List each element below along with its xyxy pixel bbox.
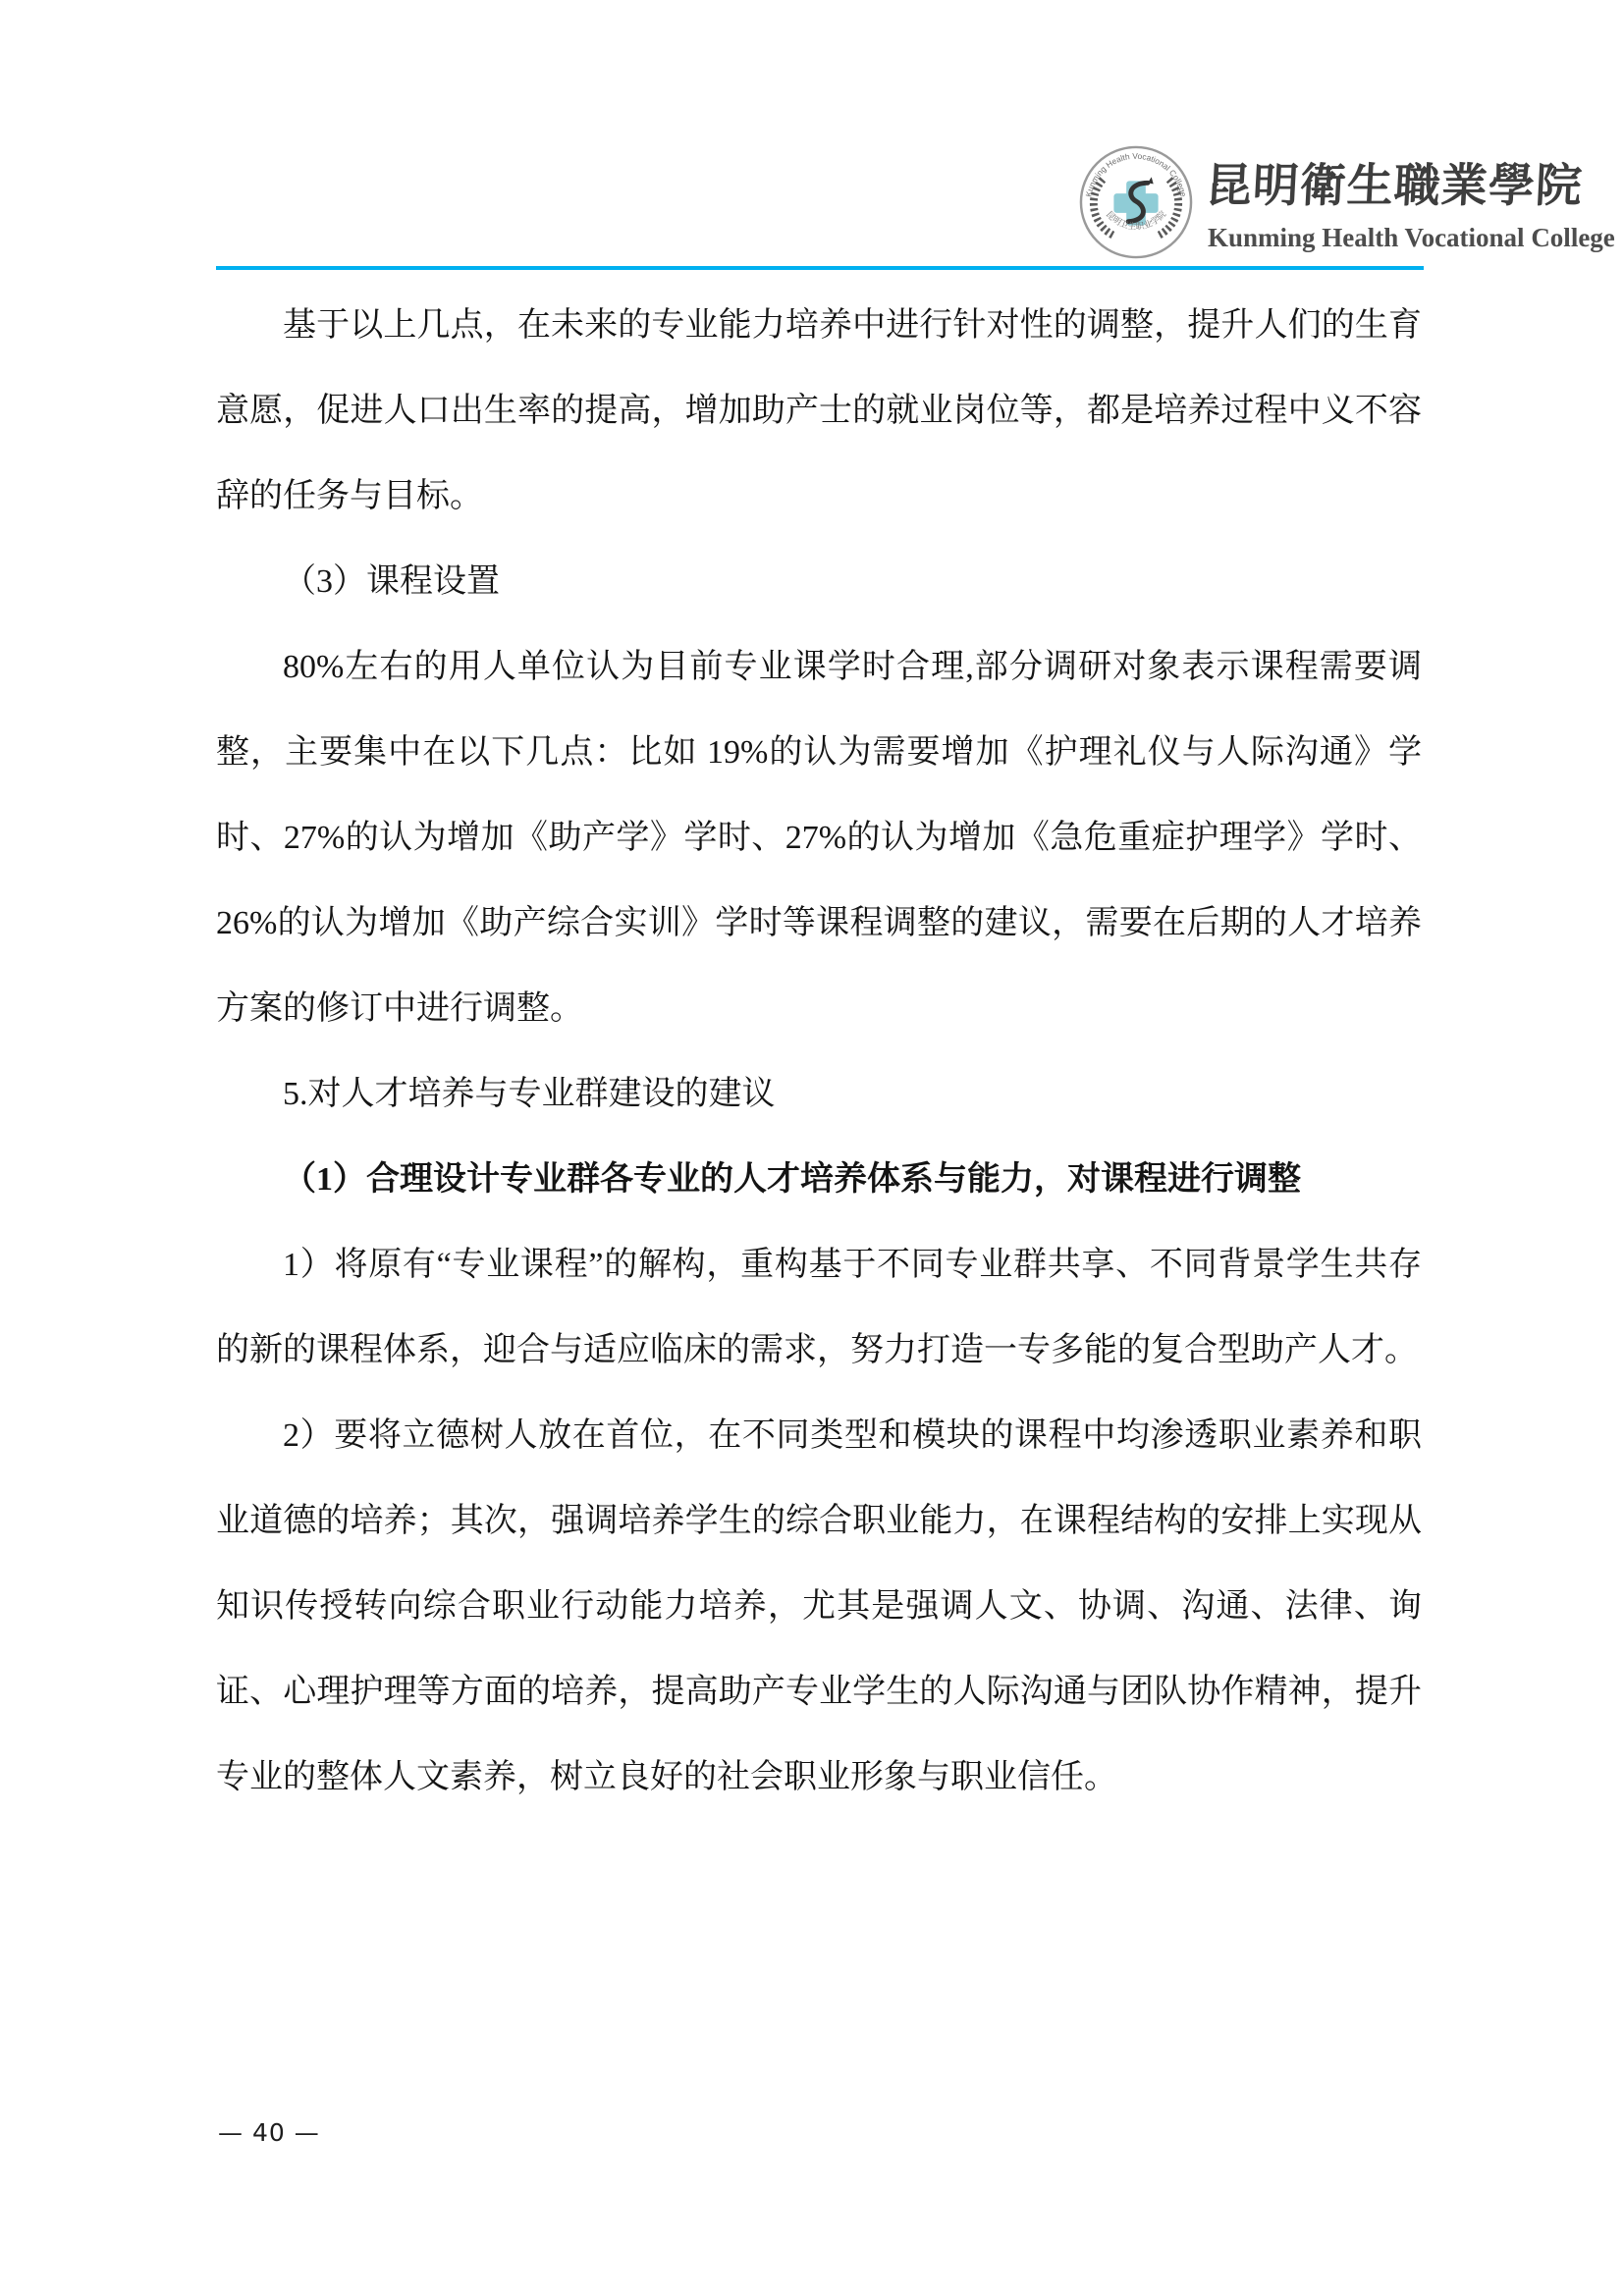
college-name-english: Kunming Health Vocational College: [1208, 223, 1615, 253]
section-heading-5: 5.对人才培养与专业群建设的建议: [216, 1051, 1422, 1137]
subsection-heading-bold: （1）合理设计专业群各专业的人才培养体系与能力，对课程进行调整: [216, 1137, 1422, 1222]
header-divider-rule: [216, 266, 1424, 270]
document-page: Kunming Health Vocational College 昆明卫生职业…: [0, 0, 1624, 2296]
body-paragraph-3: 80%左右的用人单位认为目前专业课学时合理,部分调研对象表示课程需要调整，主要集…: [216, 624, 1422, 1051]
body-paragraph-7: 2）要将立德树人放在首位，在不同类型和模块的课程中均渗透职业素养和职业道德的培养…: [216, 1393, 1422, 1820]
body-paragraph-1: 基于以上几点，在未来的专业能力培养中进行针对性的调整，提升人们的生育意愿，促进人…: [216, 283, 1422, 539]
college-name-calligraphy: 昆明衛生職業學院: [1204, 149, 1585, 215]
page-number: — 40 —: [218, 2118, 320, 2147]
college-seal-logo: Kunming Health Vocational College 昆明卫生职业…: [1078, 144, 1194, 260]
document-body: 基于以上几点，在未来的专业能力培养中进行针对性的调整，提升人们的生育意愿，促进人…: [216, 283, 1422, 1820]
body-paragraph-6: 1）将原有“专业课程”的解构，重构基于不同专业群共享、不同背景学生共存的新的课程…: [216, 1222, 1422, 1393]
body-paragraph-2: （3）课程设置: [216, 539, 1422, 624]
